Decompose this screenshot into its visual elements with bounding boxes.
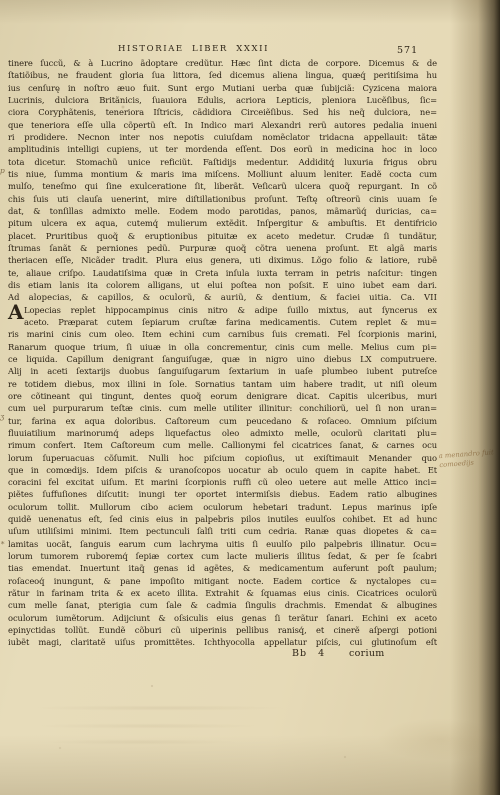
text-line: dis etiam lanis ita colorem alligans, ut…: [8, 279, 437, 291]
text-line: ſtatiõibus, ne fraudent gloria ſua litto…: [8, 69, 437, 81]
text-line: te, aliaue criſpo. Laudatiſsima quæ in C…: [8, 267, 437, 279]
text-block: A tinere ſuccũ, & à Lucrino ãdoptare cre…: [8, 57, 437, 649]
text-line: epinyctidas tollũt. Eundẽ cõburi cũ uipe…: [8, 624, 437, 636]
text-line: ce liquida. Capillum denigrant ſanguiſug…: [8, 353, 437, 365]
text-line: que teneriora eſſe ulla cõpertũ eſt. In …: [8, 119, 437, 131]
text-line: oculorum iumẽtorum. Adijciunt & oſsiculi…: [8, 612, 437, 624]
text-line: cum uel purpurarum teſtæ cinis. cum mell…: [8, 402, 437, 414]
text-line: aceto. Præparat cutem ſepiarum cruſtæ fa…: [8, 316, 437, 328]
drop-cap: A: [8, 301, 23, 323]
running-title: HISTORIAE LIBER XXXII: [118, 44, 268, 54]
left-margin-mark: ʒ: [0, 412, 7, 421]
text-line: ore cõtineant qui tingunt, dentes quoq̃ …: [8, 390, 437, 402]
text-line: chis ſuis uti clauſa uenerint, mire diſt…: [8, 193, 437, 205]
text-line: cum melle ſanat, pterigia cum ſale & cad…: [8, 599, 437, 611]
text-line: ri prodidere. Necnon inter nos nepotis c…: [8, 131, 437, 143]
text-line: quidẽ uenenatus eſt, ſed cinis eius in p…: [8, 513, 437, 525]
text-line: Alij in aceti ſextarijs duobus ſanguiſug…: [8, 365, 437, 377]
text-line: roſaceoq́ inungunt, & pane impoſito miti…: [8, 575, 437, 587]
text-line: lorum tumorem ruboremq́ ſepiæ cortex cum…: [8, 550, 437, 562]
text-line: coracini fel excitat uiſum. Et marini ſc…: [8, 476, 437, 488]
text-line: tis niue, ſumma montium & maris ima miſc…: [8, 168, 437, 180]
text-line: uſum utiliſsimi minimi. Item pectunculi …: [8, 525, 437, 537]
text-line: piẽtes ſuffuſiones diſcutit: inungi ter …: [8, 488, 437, 500]
handwritten-margin-note: a menandro fuit comoedijs: [438, 448, 499, 470]
text-line: pitum ulcera ex aqua, cutemq́ mulierum e…: [8, 217, 437, 229]
text-line: re totidem diebus, mox illini in ſole. S…: [8, 378, 437, 390]
book-page: HISTORIAE LIBER XXXII 571 A tinere ſuccũ…: [0, 0, 500, 795]
text-line: rãtur in farinam trita & ex aceto illita…: [8, 587, 437, 599]
text-line: dat, & tonſillas admixto melle. Eodem mo…: [8, 205, 437, 217]
left-margin-mark: p: [0, 166, 7, 175]
signature-mark: Bb 4: [292, 648, 325, 659]
text-line: ris marini cinis cum oleo. Item echini c…: [8, 328, 437, 340]
text-line: iubẽt magi, claritatẽ uiſus promittẽtes.…: [8, 636, 437, 648]
text-line: tur, farina ex aqua doloribus. Caſtoreum…: [8, 415, 437, 427]
text-line: lamitas uocãt, ſanguis earum cum lachrym…: [8, 538, 437, 550]
text-line: oculorum tollit. Mullorum cibo aciem ocu…: [8, 501, 437, 513]
text-line: ſtrumas ſanãt & perniones pedũ. Purpuræ …: [8, 242, 437, 254]
text-line: theriacen eſſe, Nicãder tradit. Plura ei…: [8, 254, 437, 266]
text-line: Lucrinis, dulciora Britãnicis, ſuauiora …: [8, 94, 437, 106]
text-line: tinere ſuccũ, & à Lucrino ãdoptare credũ…: [8, 57, 437, 69]
text-line: que in comœdijs. Idem piſcis & uranoſcop…: [8, 464, 437, 476]
text-line: rimum confert. Item Caſtoreum cum melle.…: [8, 439, 437, 451]
chapter-heading: Ad alopecias, & capillos, & oculorũ, & a…: [8, 291, 437, 303]
catchword: corium: [349, 648, 385, 659]
text-line: tota dicetur. Stomachũ unice reficiũt. F…: [8, 156, 437, 168]
text-line: placet. Pruritibus quoq̃ & eruptionibus …: [8, 230, 437, 242]
text-line: ciora Coryphãtenis, teneriora Iſtricis, …: [8, 106, 437, 118]
text-line: fluuiatilium marinorumq́ adeps liquefact…: [8, 427, 437, 439]
text-line: ius cenſurę in noſtro æuo fuit. Sunt erg…: [8, 82, 437, 94]
left-margin-mark: ∗: [0, 538, 7, 547]
text-line: amplitudinis intelligi cupiens, ut ter m…: [8, 143, 437, 155]
text-line: lorum ſuperuacuas cõſumit. Nulli hoc piſ…: [8, 452, 437, 464]
text-line: mulſo, teneſmo qui ſine exulceratione ſi…: [8, 180, 437, 192]
text-line: tias emendat. Inuertunt itaq̃ genas id a…: [8, 562, 437, 574]
page-number: 571: [397, 45, 418, 56]
text-line: Ranarum quoque trium, ſi uiuæ in olla co…: [8, 341, 437, 353]
text-line: Lopecias replet hippocampinus cinis nitr…: [8, 304, 437, 316]
page-content: HISTORIAE LIBER XXXII 571 A tinere ſuccũ…: [0, 0, 500, 795]
